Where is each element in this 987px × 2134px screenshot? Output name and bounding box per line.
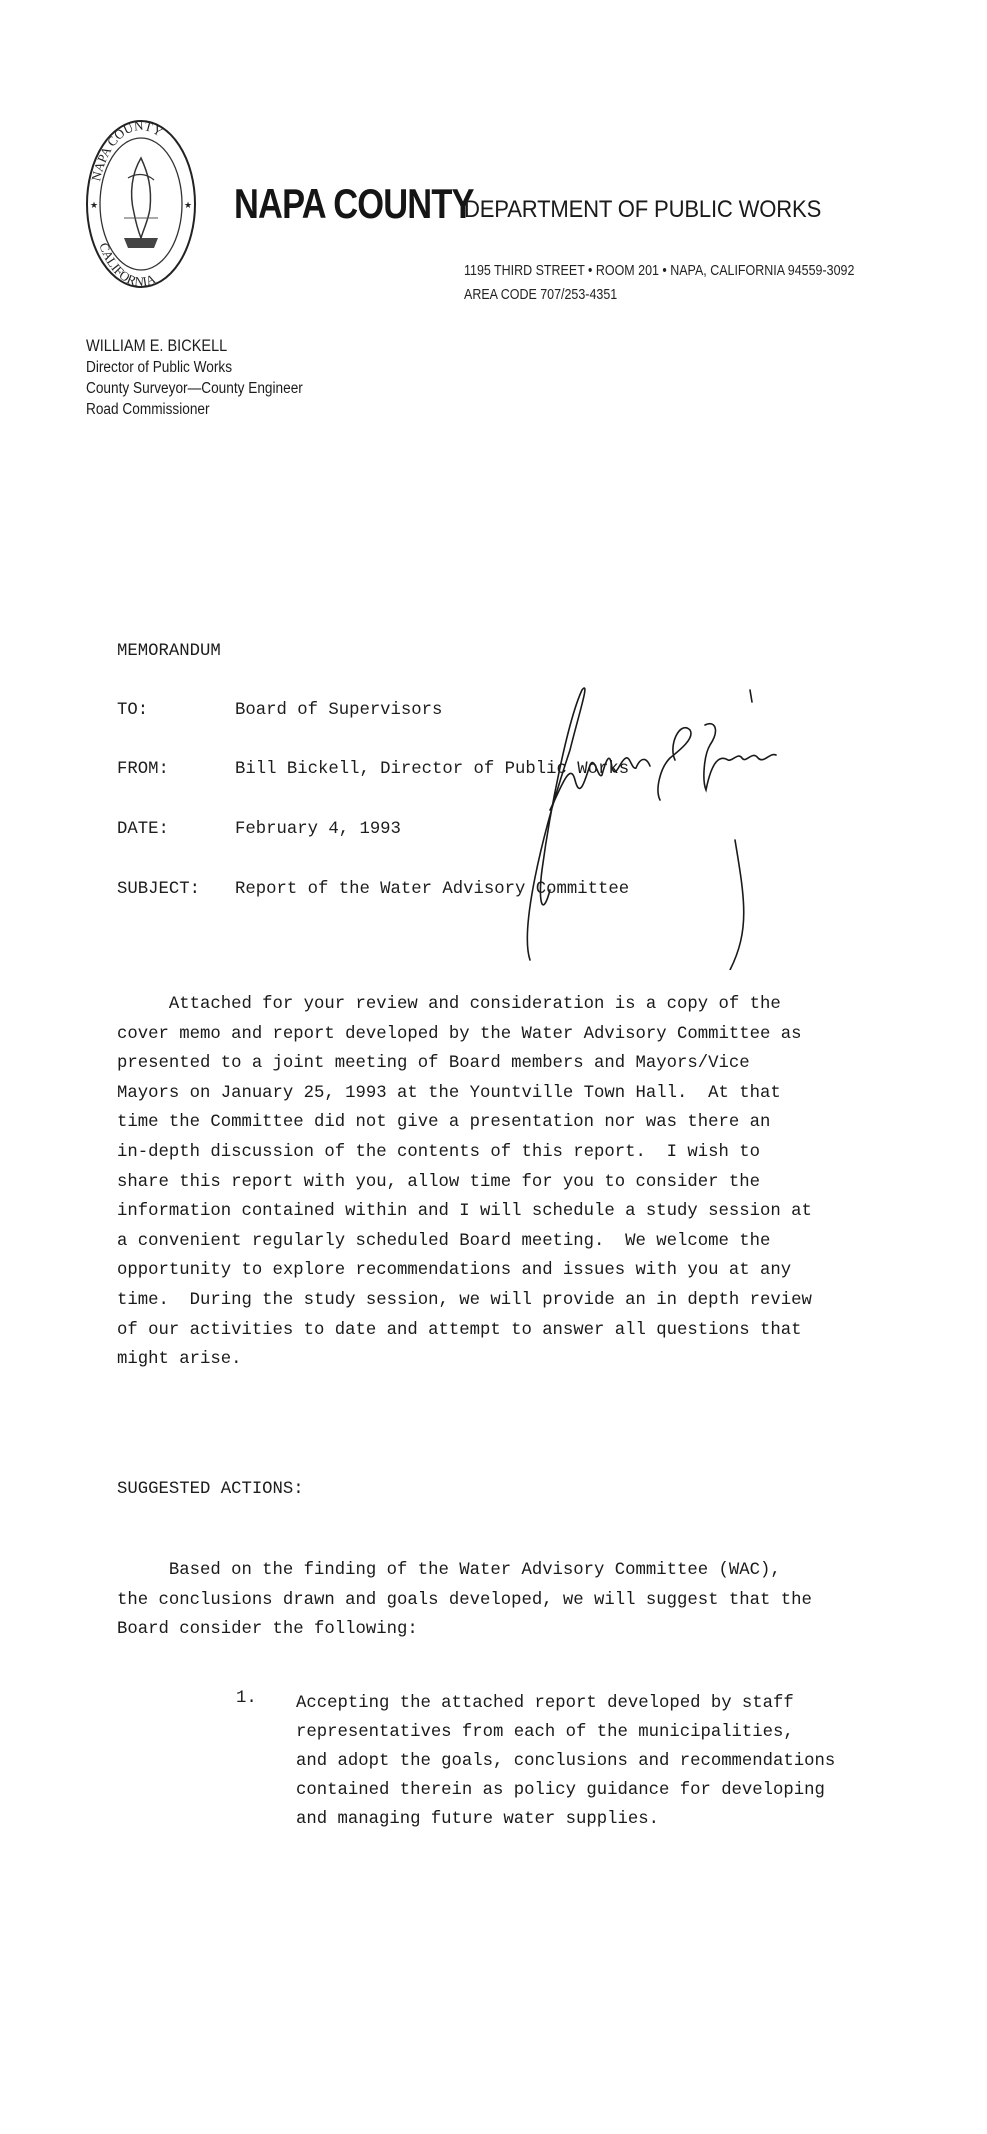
body-line: Board consider the following:: [117, 1615, 812, 1645]
body-line: Attached for your review and considerati…: [117, 990, 812, 1020]
body-line: of our activities to date and attempt to…: [117, 1316, 812, 1346]
body-line: information contained within and I will …: [117, 1197, 812, 1227]
director-block: WILLIAM E. BICKELL Director of Public Wo…: [86, 336, 332, 420]
svg-text:★: ★: [184, 200, 192, 210]
county-seal-icon: NAPA COUNTY CALIFORNIA ★ ★: [84, 118, 198, 290]
director-title: Road Commissioner: [86, 399, 303, 420]
based-paragraph: Based on the finding of the Water Adviso…: [117, 1556, 812, 1645]
department-name: DEPARTMENT OF PUBLIC WORKS: [464, 196, 821, 224]
date-label: DATE:: [117, 820, 169, 839]
from-value: Bill Bickell, Director of Public Works: [235, 760, 629, 779]
suggested-actions-heading: SUGGESTED ACTIONS:: [117, 1480, 304, 1499]
svg-text:★: ★: [90, 200, 98, 210]
memo-heading: MEMORANDUM: [117, 642, 221, 661]
subject-value: Report of the Water Advisory Committee: [235, 880, 629, 899]
director-name: WILLIAM E. BICKELL: [86, 336, 303, 357]
body-line: cover memo and report developed by the W…: [117, 1020, 812, 1050]
list-item-line: representatives from each of the municip…: [296, 1718, 835, 1747]
director-title: County Surveyor—County Engineer: [86, 378, 303, 399]
body-line: presented to a joint meeting of Board me…: [117, 1049, 812, 1079]
body-paragraph: Attached for your review and considerati…: [117, 990, 812, 1375]
list-item-line: Accepting the attached report developed …: [296, 1689, 835, 1718]
body-line: time. During the study session, we will …: [117, 1286, 812, 1316]
list-item-line: and adopt the goals, conclusions and rec…: [296, 1747, 835, 1776]
to-label: TO:: [117, 701, 148, 720]
body-line: Mayors on January 25, 1993 at the Yountv…: [117, 1079, 812, 1109]
list-item-line: and managing future water supplies.: [296, 1805, 835, 1834]
list-item-line: contained therein as policy guidance for…: [296, 1776, 835, 1805]
county-name: NAPA COUNTY: [234, 180, 474, 228]
body-line: time the Committee did not give a presen…: [117, 1108, 812, 1138]
date-value: February 4, 1993: [235, 820, 401, 839]
body-line: a convenient regularly scheduled Board m…: [117, 1227, 812, 1257]
subject-label: SUBJECT:: [117, 880, 200, 899]
from-label: FROM:: [117, 760, 169, 779]
body-line: the conclusions drawn and goals develope…: [117, 1586, 812, 1616]
list-item-number: 1.: [236, 1689, 257, 1708]
signature-icon: [480, 640, 800, 970]
body-line: might arise.: [117, 1345, 812, 1375]
list-item: Accepting the attached report developed …: [296, 1689, 835, 1834]
area-code: AREA CODE 707/253-4351: [464, 287, 617, 303]
body-line: Based on the finding of the Water Adviso…: [117, 1556, 812, 1586]
body-line: opportunity to explore recommendations a…: [117, 1256, 812, 1286]
to-value: Board of Supervisors: [235, 701, 442, 720]
department-address: 1195 THIRD STREET • ROOM 201 • NAPA, CAL…: [464, 263, 854, 279]
body-line: share this report with you, allow time f…: [117, 1168, 812, 1198]
body-line: in-depth discussion of the contents of t…: [117, 1138, 812, 1168]
director-title: Director of Public Works: [86, 357, 303, 378]
svg-text:NAPA COUNTY: NAPA COUNTY: [88, 118, 166, 182]
